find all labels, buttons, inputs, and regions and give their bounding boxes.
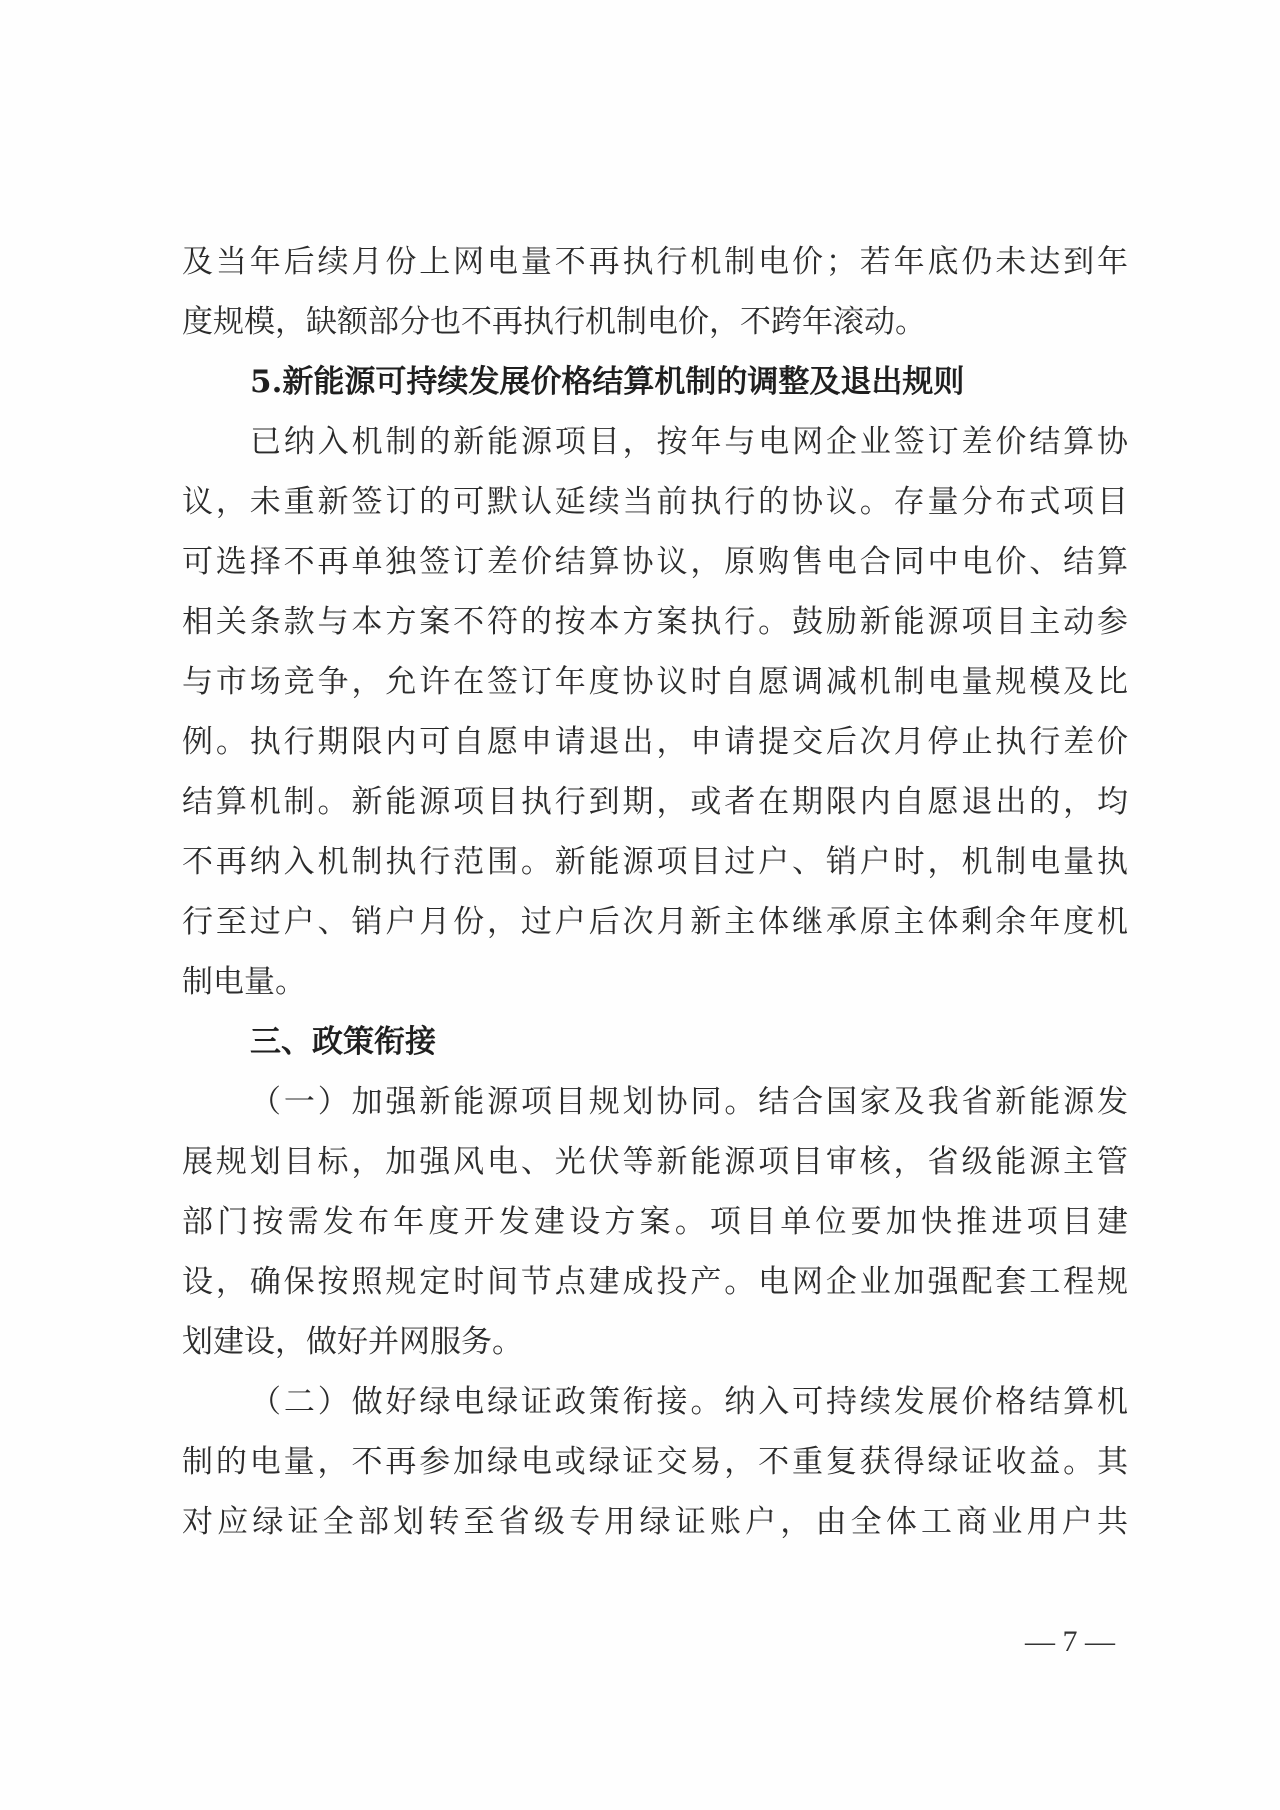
body-text-line: 例。执行期限内可自愿申请退出，申请提交后次月停止执行差价 [182,722,1128,762]
document-page: 及当年后续月份上网电量不再执行机制电价；若年底仍未达到年 度规模，缺额部分也不再… [0,0,1280,1810]
body-text-line: 议，未重新签订的可默认延续当前执行的协议。存量分布式项目 [182,482,1128,522]
subsection-first-line: （一）加强新能源项目规划协同。结合国家及我省新能源发 [250,1082,1128,1122]
section-heading: 三、政策衔接 [250,1022,1128,1062]
subsection-first-line: （二）做好绿电绿证政策衔接。纳入可持续发展价格结算机 [250,1382,1128,1422]
body-text-line: 不再纳入机制执行范围。新能源项目过户、销户时，机制电量执 [182,842,1128,882]
paragraph-first-line: 已纳入机制的新能源项目，按年与电网企业签订差价结算协 [250,422,1128,462]
body-text-line: 设，确保按照规定时间节点建成投产。电网企业加强配套工程规 [182,1262,1128,1302]
body-text-line: 可选择不再单独签订差价结算协议，原购售电合同中电价、结算 [182,542,1128,582]
body-text-line: 行至过户、销户月份，过户后次月新主体继承原主体剩余年度机 [182,902,1128,942]
body-text-line: 展规划目标，加强风电、光伏等新能源项目审核，省级能源主管 [182,1142,1128,1182]
section-heading: 5.新能源可持续发展价格结算机制的调整及退出规则 [250,362,1128,402]
body-text-line: 制电量。 [182,962,1128,1002]
body-text-line: 与市场竞争，允许在签订年度协议时自愿调减机制电量规模及比 [182,662,1128,702]
body-text-line: 制的电量，不再参加绿电或绿证交易，不重复获得绿证收益。其 [182,1442,1128,1482]
body-text-line: 结算机制。新能源项目执行到期，或者在期限内自愿退出的，均 [182,782,1128,822]
body-text-line: 相关条款与本方案不符的按本方案执行。鼓励新能源项目主动参 [182,602,1128,642]
body-text-line: 及当年后续月份上网电量不再执行机制电价；若年底仍未达到年 [182,242,1128,282]
body-text-line: 划建设，做好并网服务。 [182,1322,1128,1362]
body-text-line: 对应绿证全部划转至省级专用绿证账户，由全体工商业用户共 [182,1502,1128,1542]
body-text-line: 度规模，缺额部分也不再执行机制电价，不跨年滚动。 [182,302,1128,342]
body-text-line: 部门按需发布年度开发建设方案。项目单位要加快推进项目建 [182,1202,1128,1242]
page-number: — 7 — [1010,1622,1130,1662]
